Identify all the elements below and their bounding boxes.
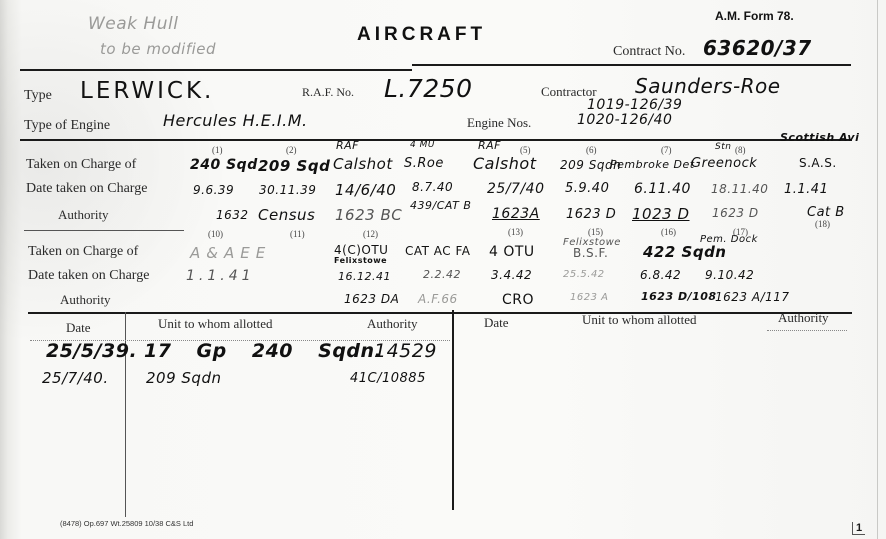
cell-date: 8.7.40 [412,180,453,194]
cell-unit: B.S.F. [573,246,608,260]
block-divider [24,230,184,231]
header-underline [767,330,847,331]
header-rule-left [20,69,412,71]
col-num: (1) [212,145,223,155]
header-date: Date [66,320,91,336]
print-code: (8478) Op.697 Wt.25809 10/38 C&S Ltd [60,519,193,528]
col-num: (12) [363,229,378,239]
engine-type-value: Hercules H.E.I.M. [163,111,308,130]
raf-no-label: R.A.F. No. [302,85,354,100]
cell-date: 6.11.40 [634,181,691,197]
cell-authority: A.F.66 [418,292,458,306]
engine-type-label: Type of Engine [24,118,110,134]
cell-unit: 240 Sqd [190,157,258,173]
cell-unit: S.A.S. [799,156,837,170]
annotation: Scottish Avi [780,131,859,144]
col-num: (18) [815,219,830,229]
row-label-authority: Authority [60,292,111,308]
type-label: Type [24,88,52,104]
cell-unit: A&AEE [190,244,271,262]
cell-authority: 1623 DA [344,292,399,306]
annotation: Stn [715,142,731,152]
margin-note-line1: Weak Hull [88,14,178,34]
col-num: (13) [508,227,523,237]
row-unit: 17 Gp 240 Sqdn. [144,340,382,362]
row-label-taken-on-charge: Taken on Charge of [26,157,136,173]
cell-authority: Cat B [807,205,845,220]
cell-unit: 4 OTU [489,244,535,260]
cell-authority: 1623 D/108 [641,290,717,303]
header-unit: Unit to whom allotted [582,312,696,328]
cell-authority: CRO [502,292,534,308]
row-authority: 14529 [374,340,437,362]
cell-date: 9.10.42 [705,268,754,282]
cell-unit: S.Roe [404,156,444,171]
header-rule-right [412,64,851,66]
margin-note-line2: to be modified [100,40,216,58]
row-date: 25/5/39. [46,340,137,362]
cell-authority: 1023 D [632,205,690,223]
cell-date: 25.5.42 [563,269,605,280]
header-authority: Authority [778,310,829,326]
card-edge [877,0,878,539]
cell-authority: 1632 [216,208,249,222]
cell-date: 30.11.39 [259,183,316,197]
aircraft-record-card: Weak Hull to be modified AIRCRAFT A.M. F… [0,0,886,539]
row-authority: 41C/10885 [350,371,426,386]
annotation: 4 MU [410,140,435,150]
cell-unit: Calshot [333,155,393,173]
cell-unit: CAT AC FA [405,244,471,258]
cell-unit: Calshot [473,154,536,173]
cell-authority: 1623 A/117 [715,290,790,304]
row-label-date-taken: Date taken on Charge [28,268,149,284]
engine-nos-line1: 1019-126/39 [587,97,682,113]
cell-date: 16.12.41 [338,270,391,283]
cell-unit: 422 Sqdn [643,243,727,261]
col-num: (6) [586,145,597,155]
annotation: RAF [336,139,359,152]
header-authority: Authority [367,316,418,332]
engine-nos-line2: 1020-126/40 [577,112,672,128]
col-num: (8) [735,145,746,155]
cell-date: 2.2.42 [423,268,461,281]
cell-date: 9.6.39 [193,183,234,197]
row-label-date-taken: Date taken on Charge [26,181,147,197]
row-label-taken-on-charge: Taken on Charge of [28,244,138,260]
cell-date: 25/7/40 [487,181,544,197]
cell-date: 6.8.42 [640,268,681,282]
charge-table-bottom-rule [28,312,852,314]
cell-authority: 1623 A [570,292,608,303]
type-value: LERWICK. [80,78,214,104]
cell-date: 5.9.40 [565,181,609,196]
cell-authority: Census [258,206,315,224]
table-divider [452,310,454,510]
cell-unit: Pembroke Det [610,158,695,171]
row-date: 25/7/40. [42,369,109,387]
col-num: (7) [661,145,672,155]
cell-authority: 1623 D [566,207,616,222]
details-rule [20,139,852,141]
engine-nos-label: Engine Nos. [467,115,531,131]
header-date: Date [484,315,509,331]
cell-authority: 1623 D [712,206,759,220]
cell-unit: 4(C)OTU [334,243,388,257]
contract-label: Contract No. [613,44,685,60]
col-num: (10) [208,229,223,239]
row-unit: 209 Sqdn [146,369,221,387]
col-num: (11) [290,229,305,239]
row-label-authority: Authority [58,207,109,223]
col-num: (2) [286,145,297,155]
annotation: RAF [478,139,501,152]
form-number: A.M. Form 78. [715,9,794,23]
contract-value: 63620/37 [703,36,812,60]
col-num: (16) [661,227,676,237]
cell-authority: 439/CAT B [410,199,471,212]
cell-unit: 209 Sqd [258,157,330,175]
raf-no-value: L.7250 [384,74,473,103]
cell-date: 18.11.40 [711,182,768,196]
header-unit: Unit to whom allotted [158,316,272,332]
cell-authority: 1623A [492,206,540,222]
annotation: Felixstowe [334,256,387,265]
contractor-value: Saunders-Roe [635,74,781,98]
cell-authority: 1623 BC [335,206,402,224]
cell-unit: Greenock [691,156,757,171]
cell-date: 14/6/40 [335,181,396,199]
page-marker: 1 [852,522,865,535]
cell-date: 3.4.42 [491,268,532,282]
page-title: AIRCRAFT [357,24,486,46]
cell-date: 1.1.41 [186,268,255,284]
cell-date: 1.1.41 [784,182,828,197]
col-num: (15) [588,227,603,237]
